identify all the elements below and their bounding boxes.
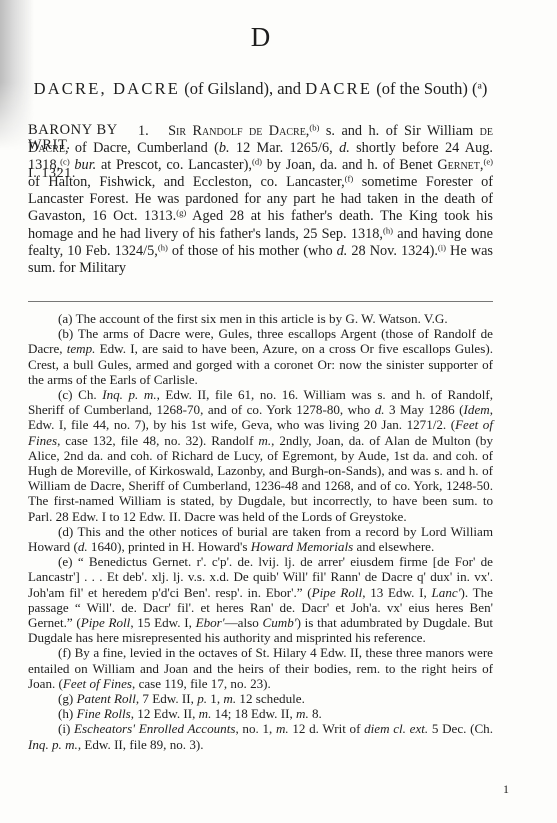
- footnote-mark: (d): [58, 524, 73, 539]
- footnote-ref-e[interactable]: (e): [483, 156, 493, 166]
- footnote-ref-i[interactable]: (i): [438, 242, 446, 252]
- footnote-ref-d[interactable]: (d): [252, 156, 262, 166]
- footnotes: (a) The account of the first six men in …: [28, 311, 493, 752]
- footnote-f: (f) By a fine, levied in the octaves of …: [28, 645, 493, 691]
- footnote-mark: (b): [58, 326, 73, 341]
- page-number: 1: [503, 782, 509, 797]
- footnote-ref-b[interactable]: (b): [309, 122, 319, 132]
- footnote-divider: [28, 301, 493, 302]
- section-letter: D: [28, 22, 493, 53]
- footnote-mark: (f): [58, 645, 71, 660]
- footnote-mark: (a): [58, 311, 73, 326]
- footnote-i: (i) Escheators' Enrolled Accounts, no. 1…: [28, 721, 493, 751]
- article-title: DACRE, DACRE (of Gilsland), and DACRE (o…: [28, 80, 493, 98]
- footnote-mark: (c): [58, 387, 73, 402]
- footnote-mark: (e): [58, 554, 73, 569]
- footnote-ref-c[interactable]: (c): [60, 156, 70, 166]
- footnote-a: (a) The account of the first six men in …: [28, 311, 493, 326]
- footnote-mark: (i): [58, 721, 70, 736]
- footnote-g: (g) Patent Roll, 7 Edw. II, p. 1, m. 12 …: [28, 691, 493, 706]
- entry-number: 1.: [138, 123, 149, 139]
- footnote-mark: (g): [58, 691, 73, 706]
- person-name: Sir Randolf de Dacre,: [168, 123, 309, 139]
- footnote-h: (h) Fine Rolls, 12 Edw. II, m. 14; 18 Ed…: [28, 706, 493, 721]
- footnote-c: (c) Ch. Inq. p. m., Edw. II, file 61, no…: [28, 387, 493, 524]
- footnote-mark: (h): [58, 706, 73, 721]
- footnote-ref-g[interactable]: (g): [176, 208, 186, 218]
- footnote-e: (e) “ Benedictus Gernet. r'. c'p'. de. l…: [28, 554, 493, 645]
- footnote-ref-h[interactable]: (h): [383, 225, 393, 235]
- footnote-b: (b) The arms of Dacre were, Gules, three…: [28, 326, 493, 387]
- footnote-ref-h[interactable]: (h): [158, 242, 168, 252]
- footnote-d: (d) This and the other notices of burial…: [28, 524, 493, 554]
- footnote-ref-f[interactable]: (f): [345, 174, 354, 184]
- main-entry: 1. Sir Randolf de Dacre,(b) s. and h. of…: [28, 123, 493, 277]
